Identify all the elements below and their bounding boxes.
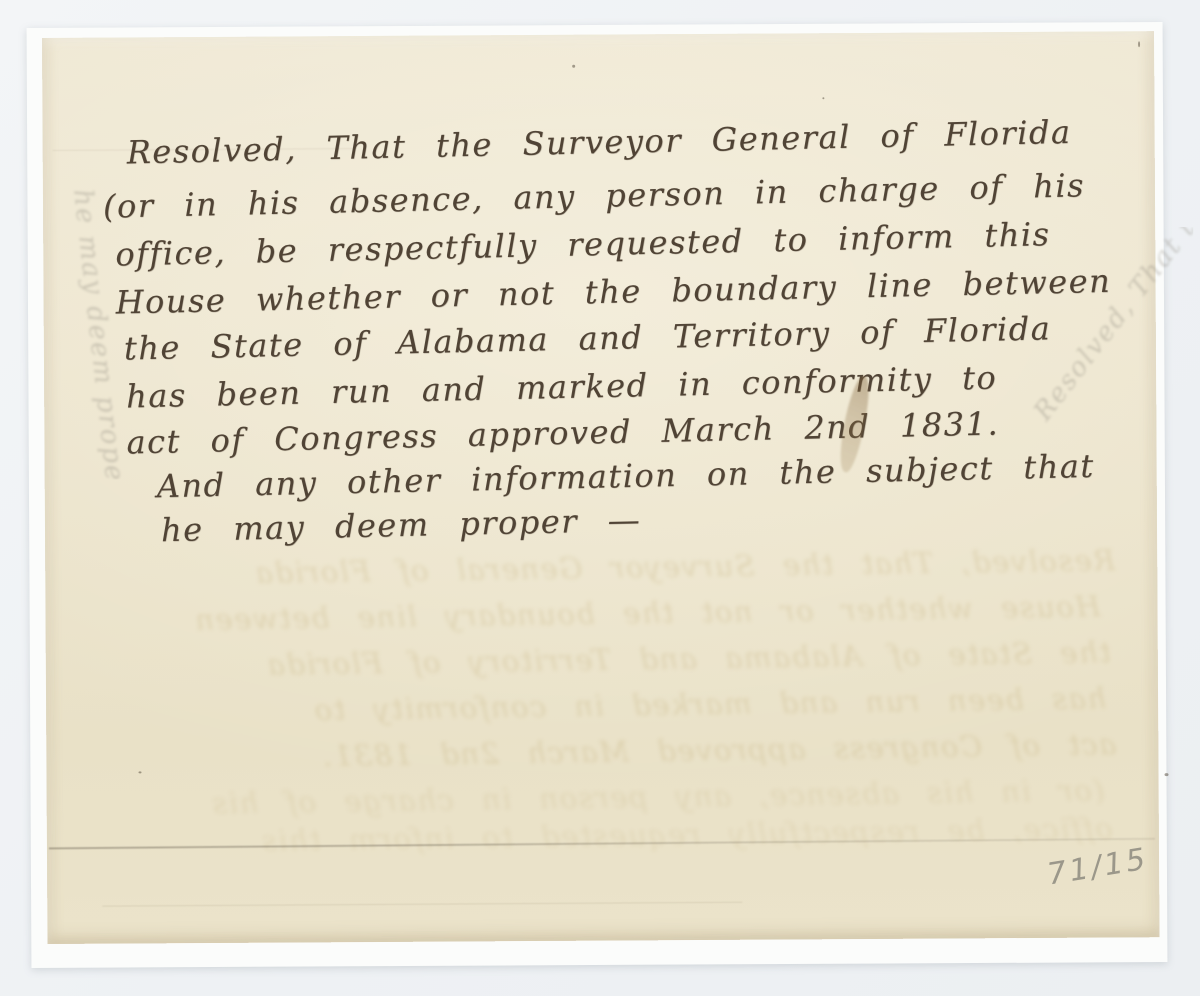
paper-speck — [822, 97, 824, 99]
bleedthrough-line: the State of Alabama and Territory of Fl… — [111, 635, 1111, 684]
manuscript-line: Resolved, That the Surveyor General of F… — [126, 113, 1072, 172]
paper-speck — [138, 771, 141, 773]
bleedthrough-line: Resolved, That the Surveyor General of F… — [115, 543, 1115, 592]
paper-speck — [1165, 773, 1169, 776]
paper-crease-faint — [102, 902, 742, 907]
paper-speck — [572, 65, 575, 68]
scanned-document-page: Resolved, That the Surveyor General of F… — [0, 0, 1200, 996]
bleedthrough-line: House whether or not the boundary line b… — [100, 589, 1100, 638]
paper-speck — [1138, 41, 1140, 47]
ghost-writing-text: Resolved, That the Surveyor General of F… — [1028, 227, 1194, 426]
manuscript-line: office, be respectfully requested to inf… — [115, 215, 1051, 273]
bleedthrough-line: has been run and marked in conformity to — [106, 681, 1106, 730]
archival-number-pencil: 71/15 — [1045, 842, 1151, 893]
manuscript-paper: Resolved, That the Surveyor General of F… — [42, 31, 1160, 944]
bleedthrough-line: act of Congress approved March 2nd 1831. — [116, 727, 1116, 776]
manuscript-line: he may deem proper — — [161, 501, 642, 549]
